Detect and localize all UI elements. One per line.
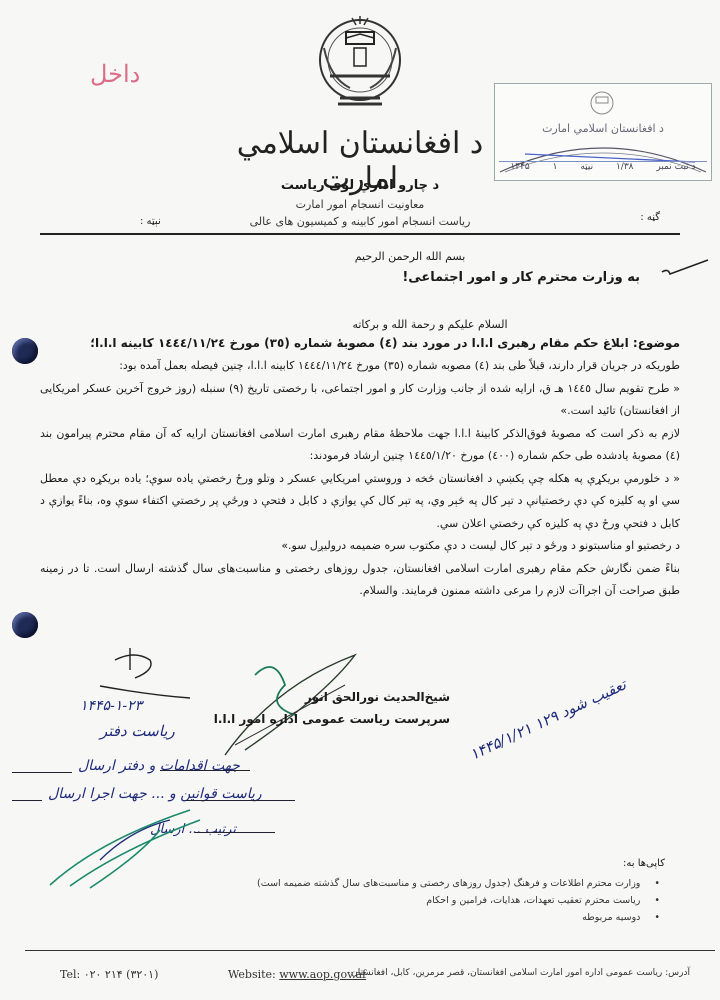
stamp-year: ۱۴۴۵ [510,162,529,176]
handwritten-followup-note: تعقیب شود ۱۲۹ ۱۴۴۵/۱/۲۱ [440,675,629,776]
number-label: گڼه : [640,212,660,223]
body-paragraph-4: « د خلورمې بریکړې په هکله چې یکښې د افغا… [40,468,680,536]
footer-website: Website: www.aop.gov.af [228,968,366,981]
signatory-title: سرپرست ریاست عمومی اداره امور ا.ا.ا [214,712,450,726]
deputy-name: معاونیت انسجام امور امارت [210,198,510,211]
cc-item: دوسیه مربوطه [257,909,660,926]
date-label: نېټه : [140,216,161,227]
department-name: د چارو اداري لوی ریاست [210,178,510,193]
handwritten-note-2: جهت اقدامات و دفتر ارسال [78,758,240,774]
salutation: السلام علیکم و رحمة الله و برکاته [330,318,530,331]
cc-list: وزارت محترم اطلاعات و فرهنگ (جدول روزهای… [257,875,660,926]
handwritten-note-office: ریاست دفتر [100,722,175,740]
body-paragraph-5: د رخصتیو او مناسبتونو د ورځو د تېر کال ل… [40,535,680,558]
cc-heading: کاپی‌ها به: [623,858,665,869]
stamp-month: ۱ [553,162,558,176]
subject-line: موضوع: ابلاغ حکم مقام رهبری ا.ا.ا در مور… [40,332,680,355]
official-signature-icon [215,645,365,765]
registration-stamp: د افغانستان اسلامي امارت ۱۴۴۵ ۱ نیټه ۱/۳… [494,83,712,181]
punch-hole [12,612,38,638]
red-handwritten-mark: داخل [90,60,140,88]
stamp-date-label: نیټه [580,162,593,176]
pen-line [12,772,72,773]
checkmark-pen-icon [660,258,710,278]
footer-address: آدرس: ریاست عمومی اداره امور امارت اسلام… [351,968,690,978]
footer-divider [25,950,715,951]
stamp-emblem-icon [585,90,619,116]
pen-line [160,770,250,771]
initials-signature-icon [90,640,200,700]
header-divider [40,233,680,235]
footer-telephone: Tel: ۰۲۰ ۲۱۴ (۳۲۰۱) [60,968,158,981]
website-label: Website: [228,968,276,981]
pen-line [12,800,42,801]
body-paragraph-2: « طرح تقویم سال ١٤٤٥ هـ ق، ارایه شده از … [40,378,680,423]
punch-hole [12,338,38,364]
directorate-name: ریاست انسجام امور کابینه و کمیسیون های ع… [210,215,510,228]
addressee: به وزارت محترم کار و امور اجتماعی! [402,270,640,285]
stamp-number-label: د ثبت نمبر [656,162,695,176]
signatory-name: شیخ‌الحدیث نورالحق انور [305,690,450,704]
body-paragraph-6: بناءً ضمن نگارش حکم مقام رهبری امارت اسل… [40,558,680,603]
cc-item: وزارت محترم اطلاعات و فرهنگ (جدول روزهای… [257,875,660,892]
cc-item: ریاست محترم تعقیب تعهدات، هدایات، فرامین… [257,892,660,909]
body-paragraph-1: طوریکه در جریان قرار دارند، قبلاً طی بند… [40,355,680,378]
green-pen-scribble-icon [40,800,220,890]
stamp-registration-row: ۱۴۴۵ ۱ نیټه ۱/۳۸ د ثبت نمبر [499,161,707,176]
letter-body: طوریکه در جریان قرار دارند، قبلاً طی بند… [40,355,680,603]
emirate-emblem-icon [300,8,420,118]
stamp-number: ۱/۳۸ [616,162,634,176]
bismillah: بسم الله الرحمن الرحیم [300,250,520,263]
handwritten-date: ۱۴۴۵-۱-۲۳ [80,698,142,714]
body-paragraph-3: لازم به ذکر است که مصوبۀ فوق‌الذکر کابین… [40,423,680,468]
